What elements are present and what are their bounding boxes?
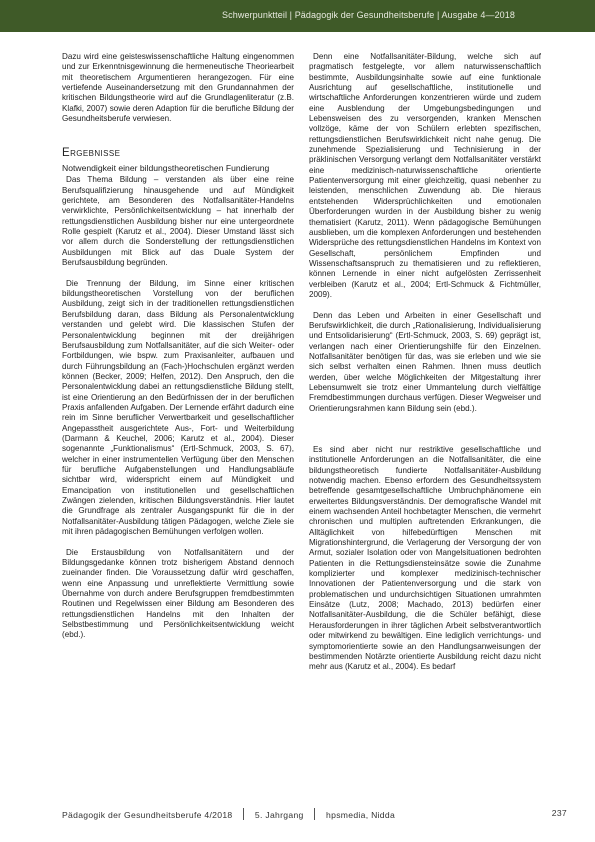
body-paragraph: Es sind aber nicht nur restriktive gesel…: [309, 445, 541, 673]
section-heading: Ergebnisse: [62, 146, 294, 160]
body-paragraph: Die Erstausbildung von Notfallsanitätern…: [62, 548, 294, 641]
running-title: Schwerpunktteil | Pädagogik der Gesundhe…: [222, 10, 515, 20]
footer-divider: [243, 808, 244, 820]
footer-divider: [314, 808, 315, 820]
left-column: Dazu wird eine geisteswissenschaftliche …: [62, 52, 294, 641]
intro-paragraph: Dazu wird eine geisteswissenschaftliche …: [62, 52, 294, 124]
page-number: 237: [552, 808, 567, 818]
footer-publisher: hpsmedia, Nidda: [326, 810, 395, 820]
header-bar: Schwerpunktteil | Pädagogik der Gesundhe…: [0, 0, 595, 32]
footer-journal: Pädagogik der Gesundheitsberufe 4/2018: [62, 810, 233, 820]
footer-volume: 5. Jahrgang: [255, 810, 304, 820]
body-paragraph: Denn das Leben und Arbeiten in einer Ges…: [309, 311, 541, 414]
body-paragraph: Das Thema Bildung – verstanden als über …: [62, 175, 294, 268]
right-column: Denn eine Notfallsanitäter-Bildung, welc…: [309, 52, 541, 673]
body-paragraph: Denn eine Notfallsanitäter-Bildung, welc…: [309, 52, 541, 300]
body-paragraph: Die Trennung der Bildung, im Sinne einer…: [62, 279, 294, 538]
subheading: Notwendigkeit einer bildungstheoretische…: [62, 163, 294, 174]
page-footer: Pädagogik der Gesundheitsberufe 4/2018 5…: [62, 808, 567, 820]
